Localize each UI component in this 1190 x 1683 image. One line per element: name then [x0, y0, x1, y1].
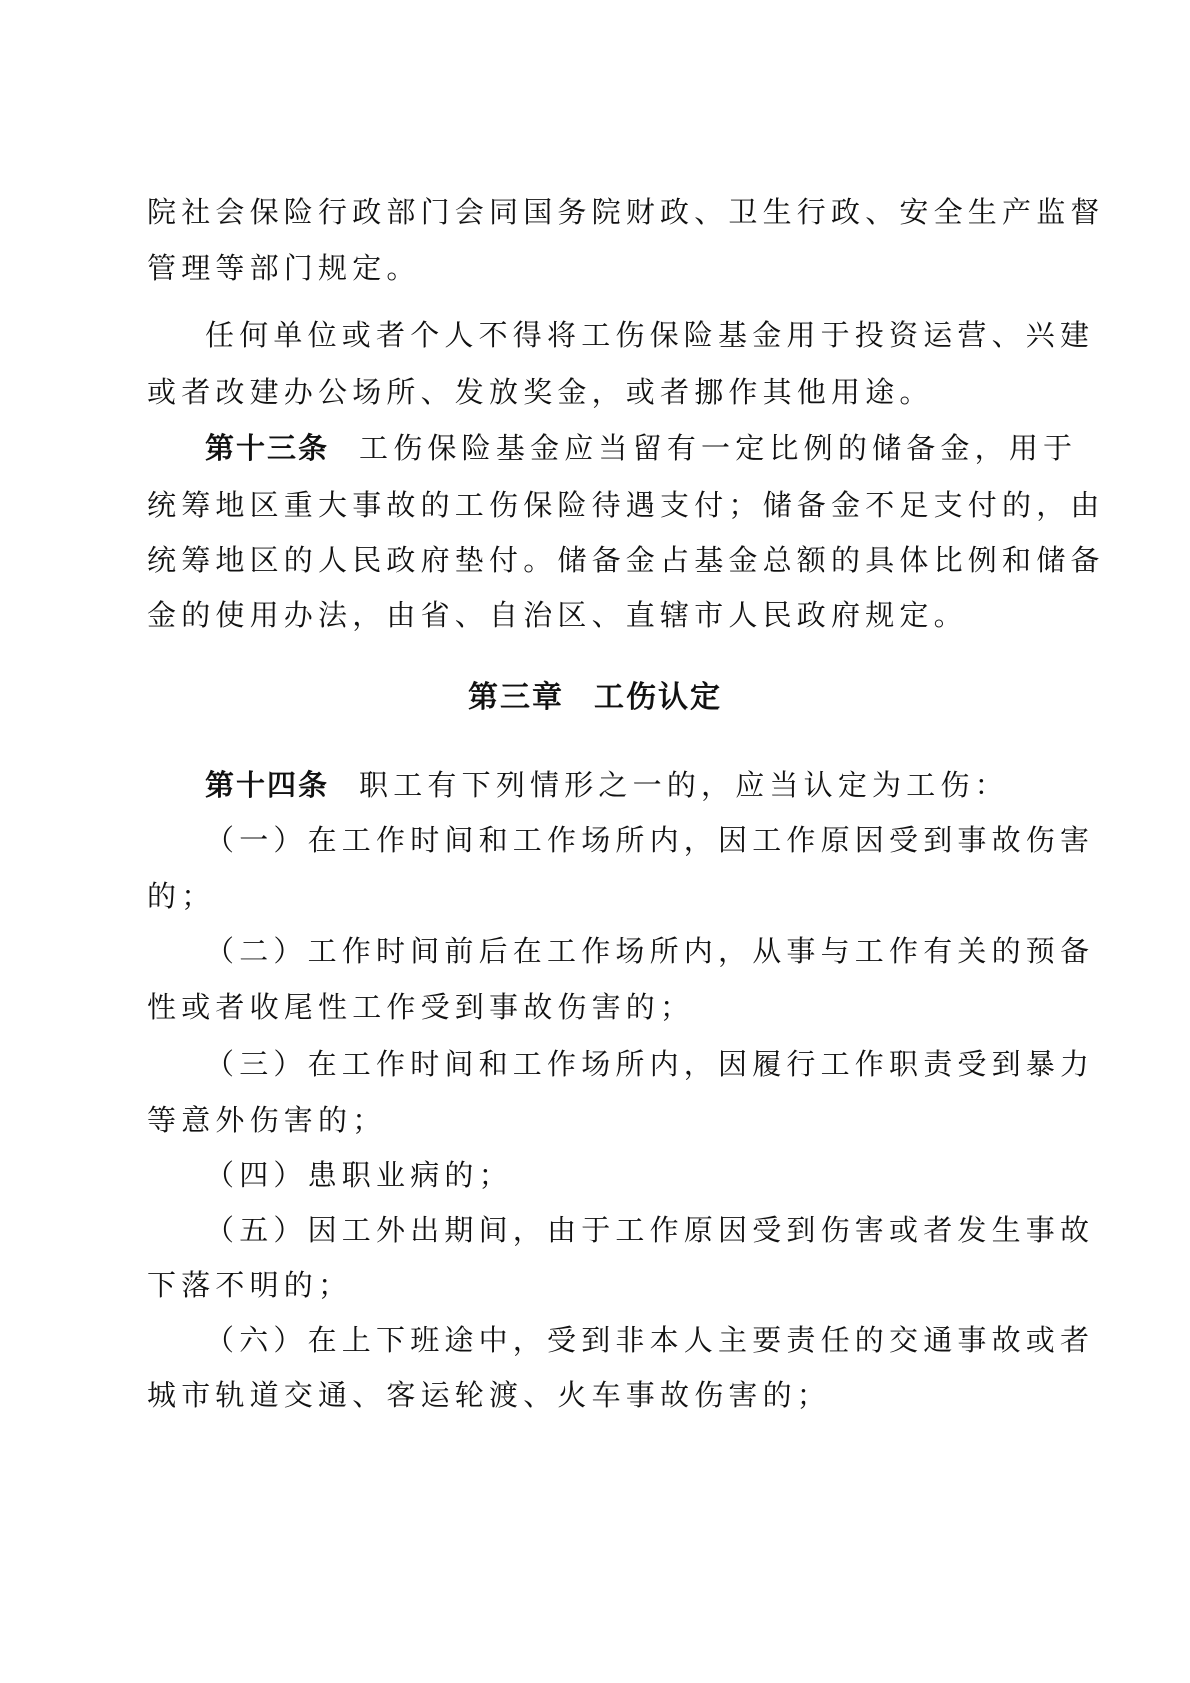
paragraph-line: 任何单位或者个人不得将工伤保险基金用于投资运营、兴建 — [205, 315, 969, 355]
paragraph-line: 院社会保险行政部门会同国务院财政、卫生行政、安全生产监督 — [147, 192, 969, 232]
paragraph-line: 或者改建办公场所、发放奖金，或者挪作其他用途。 — [147, 372, 969, 412]
list-item-line: 等意外伤害的； — [147, 1100, 969, 1140]
article-text: 职工有下列情形之一的，应当认定为工伤： — [359, 768, 1009, 802]
document-page: 院社会保险行政部门会同国务院财政、卫生行政、安全生产监督 管理等部门规定。 任何… — [0, 0, 1190, 1683]
article-number: 第十四条 — [205, 768, 329, 802]
list-item-line: （五）因工外出期间，由于工作原因受到伤害或者发生事故 — [205, 1210, 969, 1250]
chapter-number: 第三章 — [468, 680, 564, 715]
list-item-line: （二）工作时间前后在工作场所内，从事与工作有关的预备 — [205, 931, 969, 971]
chapter-title: 工伤认定 — [594, 680, 722, 715]
list-item-line: （三）在工作时间和工作场所内，因履行工作职责受到暴力 — [205, 1044, 969, 1084]
chapter-heading: 第三章工伤认定 — [0, 676, 1190, 720]
article-14-line: 第十四条职工有下列情形之一的，应当认定为工伤： — [205, 765, 969, 805]
list-item-line: 城市轨道交通、客运轮渡、火车事故伤害的； — [147, 1375, 969, 1415]
list-item-line: （四）患职业病的； — [205, 1155, 969, 1195]
list-item-line: 下落不明的； — [147, 1265, 969, 1305]
paragraph-line: 金的使用办法，由省、自治区、直辖市人民政府规定。 — [147, 595, 969, 635]
list-item-line: 性或者收尾性工作受到事故伤害的； — [147, 987, 969, 1027]
list-item-line: 的； — [147, 876, 969, 916]
paragraph-line: 管理等部门规定。 — [147, 248, 969, 288]
paragraph-line: 统筹地区的人民政府垫付。储备金占基金总额的具体比例和储备 — [147, 540, 969, 580]
article-text: 工伤保险基金应当留有一定比例的储备金，用于 — [359, 431, 1077, 465]
paragraph-line: 统筹地区重大事故的工伤保险待遇支付；储备金不足支付的，由 — [147, 485, 969, 525]
list-item-line: （六）在上下班途中，受到非本人主要责任的交通事故或者 — [205, 1320, 969, 1360]
article-number: 第十三条 — [205, 431, 329, 465]
article-13-line: 第十三条工伤保险基金应当留有一定比例的储备金，用于 — [205, 428, 969, 468]
list-item-line: （一）在工作时间和工作场所内，因工作原因受到事故伤害 — [205, 820, 969, 860]
